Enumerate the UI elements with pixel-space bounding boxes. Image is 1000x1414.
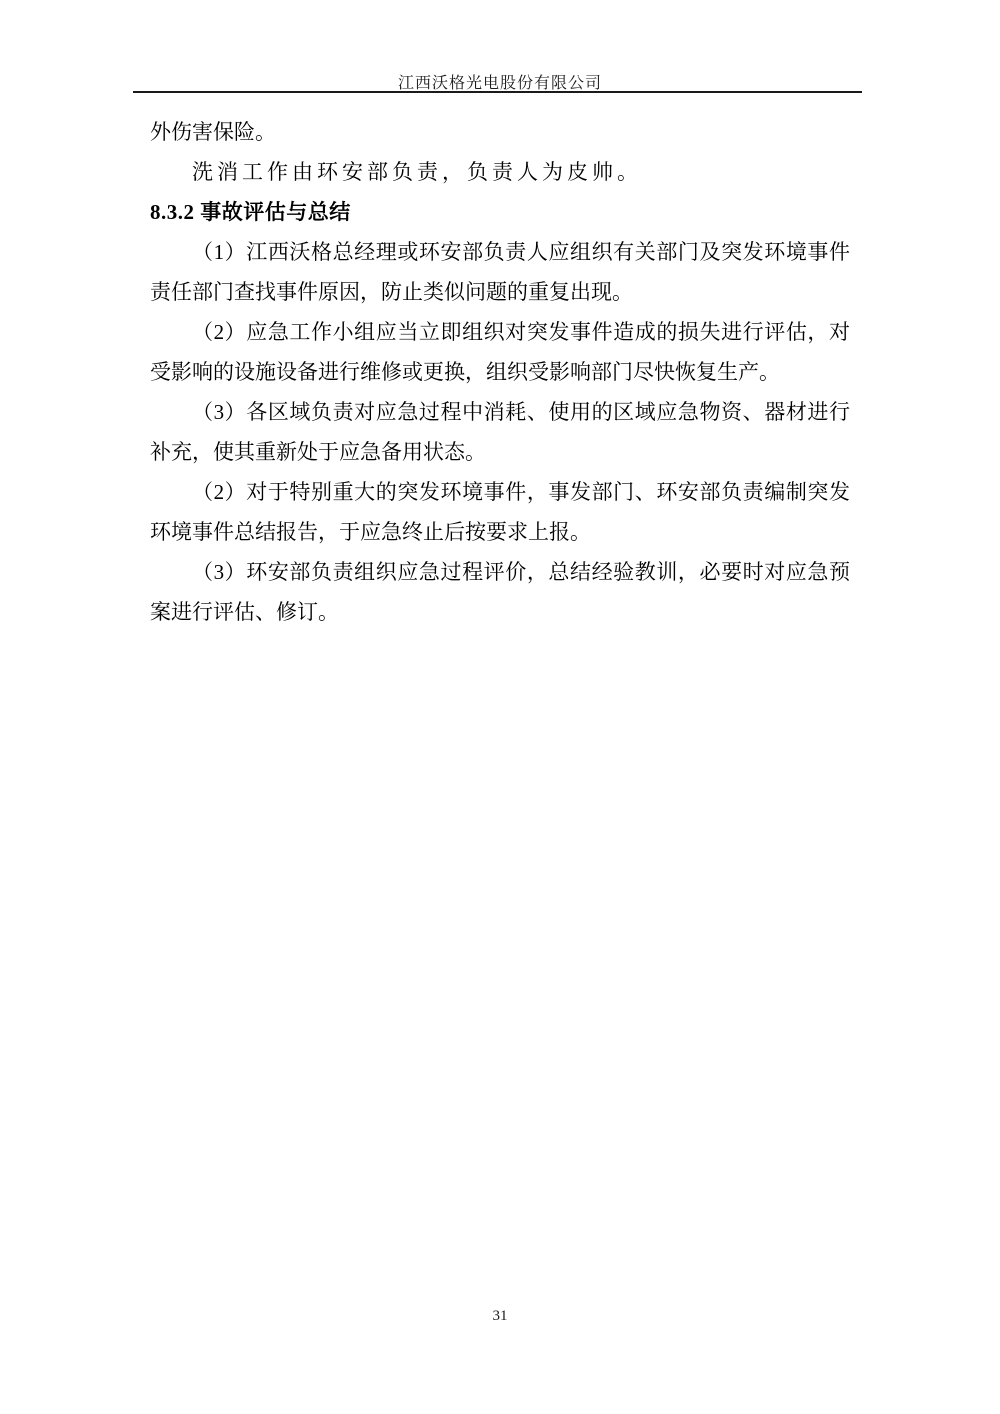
paragraph: （2）对于特别重大的突发环境事件，事发部门、环安部负责编制突发环境事件总结报告，…: [150, 472, 850, 552]
page-body: 外伤害保险。 洗消工作由环安部负责，负责人为皮帅。 8.3.2 事故评估与总结 …: [150, 112, 850, 632]
paragraph-continuation: 外伤害保险。: [150, 112, 850, 152]
page-header: 江西沃格光电股份有限公司: [0, 70, 1000, 93]
paragraph: 洗消工作由环安部负责，负责人为皮帅。: [150, 152, 850, 192]
company-name: 江西沃格光电股份有限公司: [398, 75, 602, 92]
page-number: 31: [493, 1308, 508, 1324]
paragraph: （3）各区域负责对应急过程中消耗、使用的区域应急物资、器材进行补充，使其重新处于…: [150, 392, 850, 472]
section-heading: 8.3.2 事故评估与总结: [150, 192, 850, 232]
header-rule: [133, 91, 862, 93]
page-footer: 31: [0, 1308, 1000, 1325]
paragraph: （3）环安部负责组织应急过程评价，总结经验教训，必要时对应急预案进行评估、修订。: [150, 552, 850, 632]
paragraph: （1）江西沃格总经理或环安部负责人应组织有关部门及突发环境事件责任部门查找事件原…: [150, 232, 850, 312]
paragraph: （2）应急工作小组应当立即组织对突发事件造成的损失进行评估，对受影响的设施设备进…: [150, 312, 850, 392]
document-page: 江西沃格光电股份有限公司 外伤害保险。 洗消工作由环安部负责，负责人为皮帅。 8…: [0, 0, 1000, 1414]
